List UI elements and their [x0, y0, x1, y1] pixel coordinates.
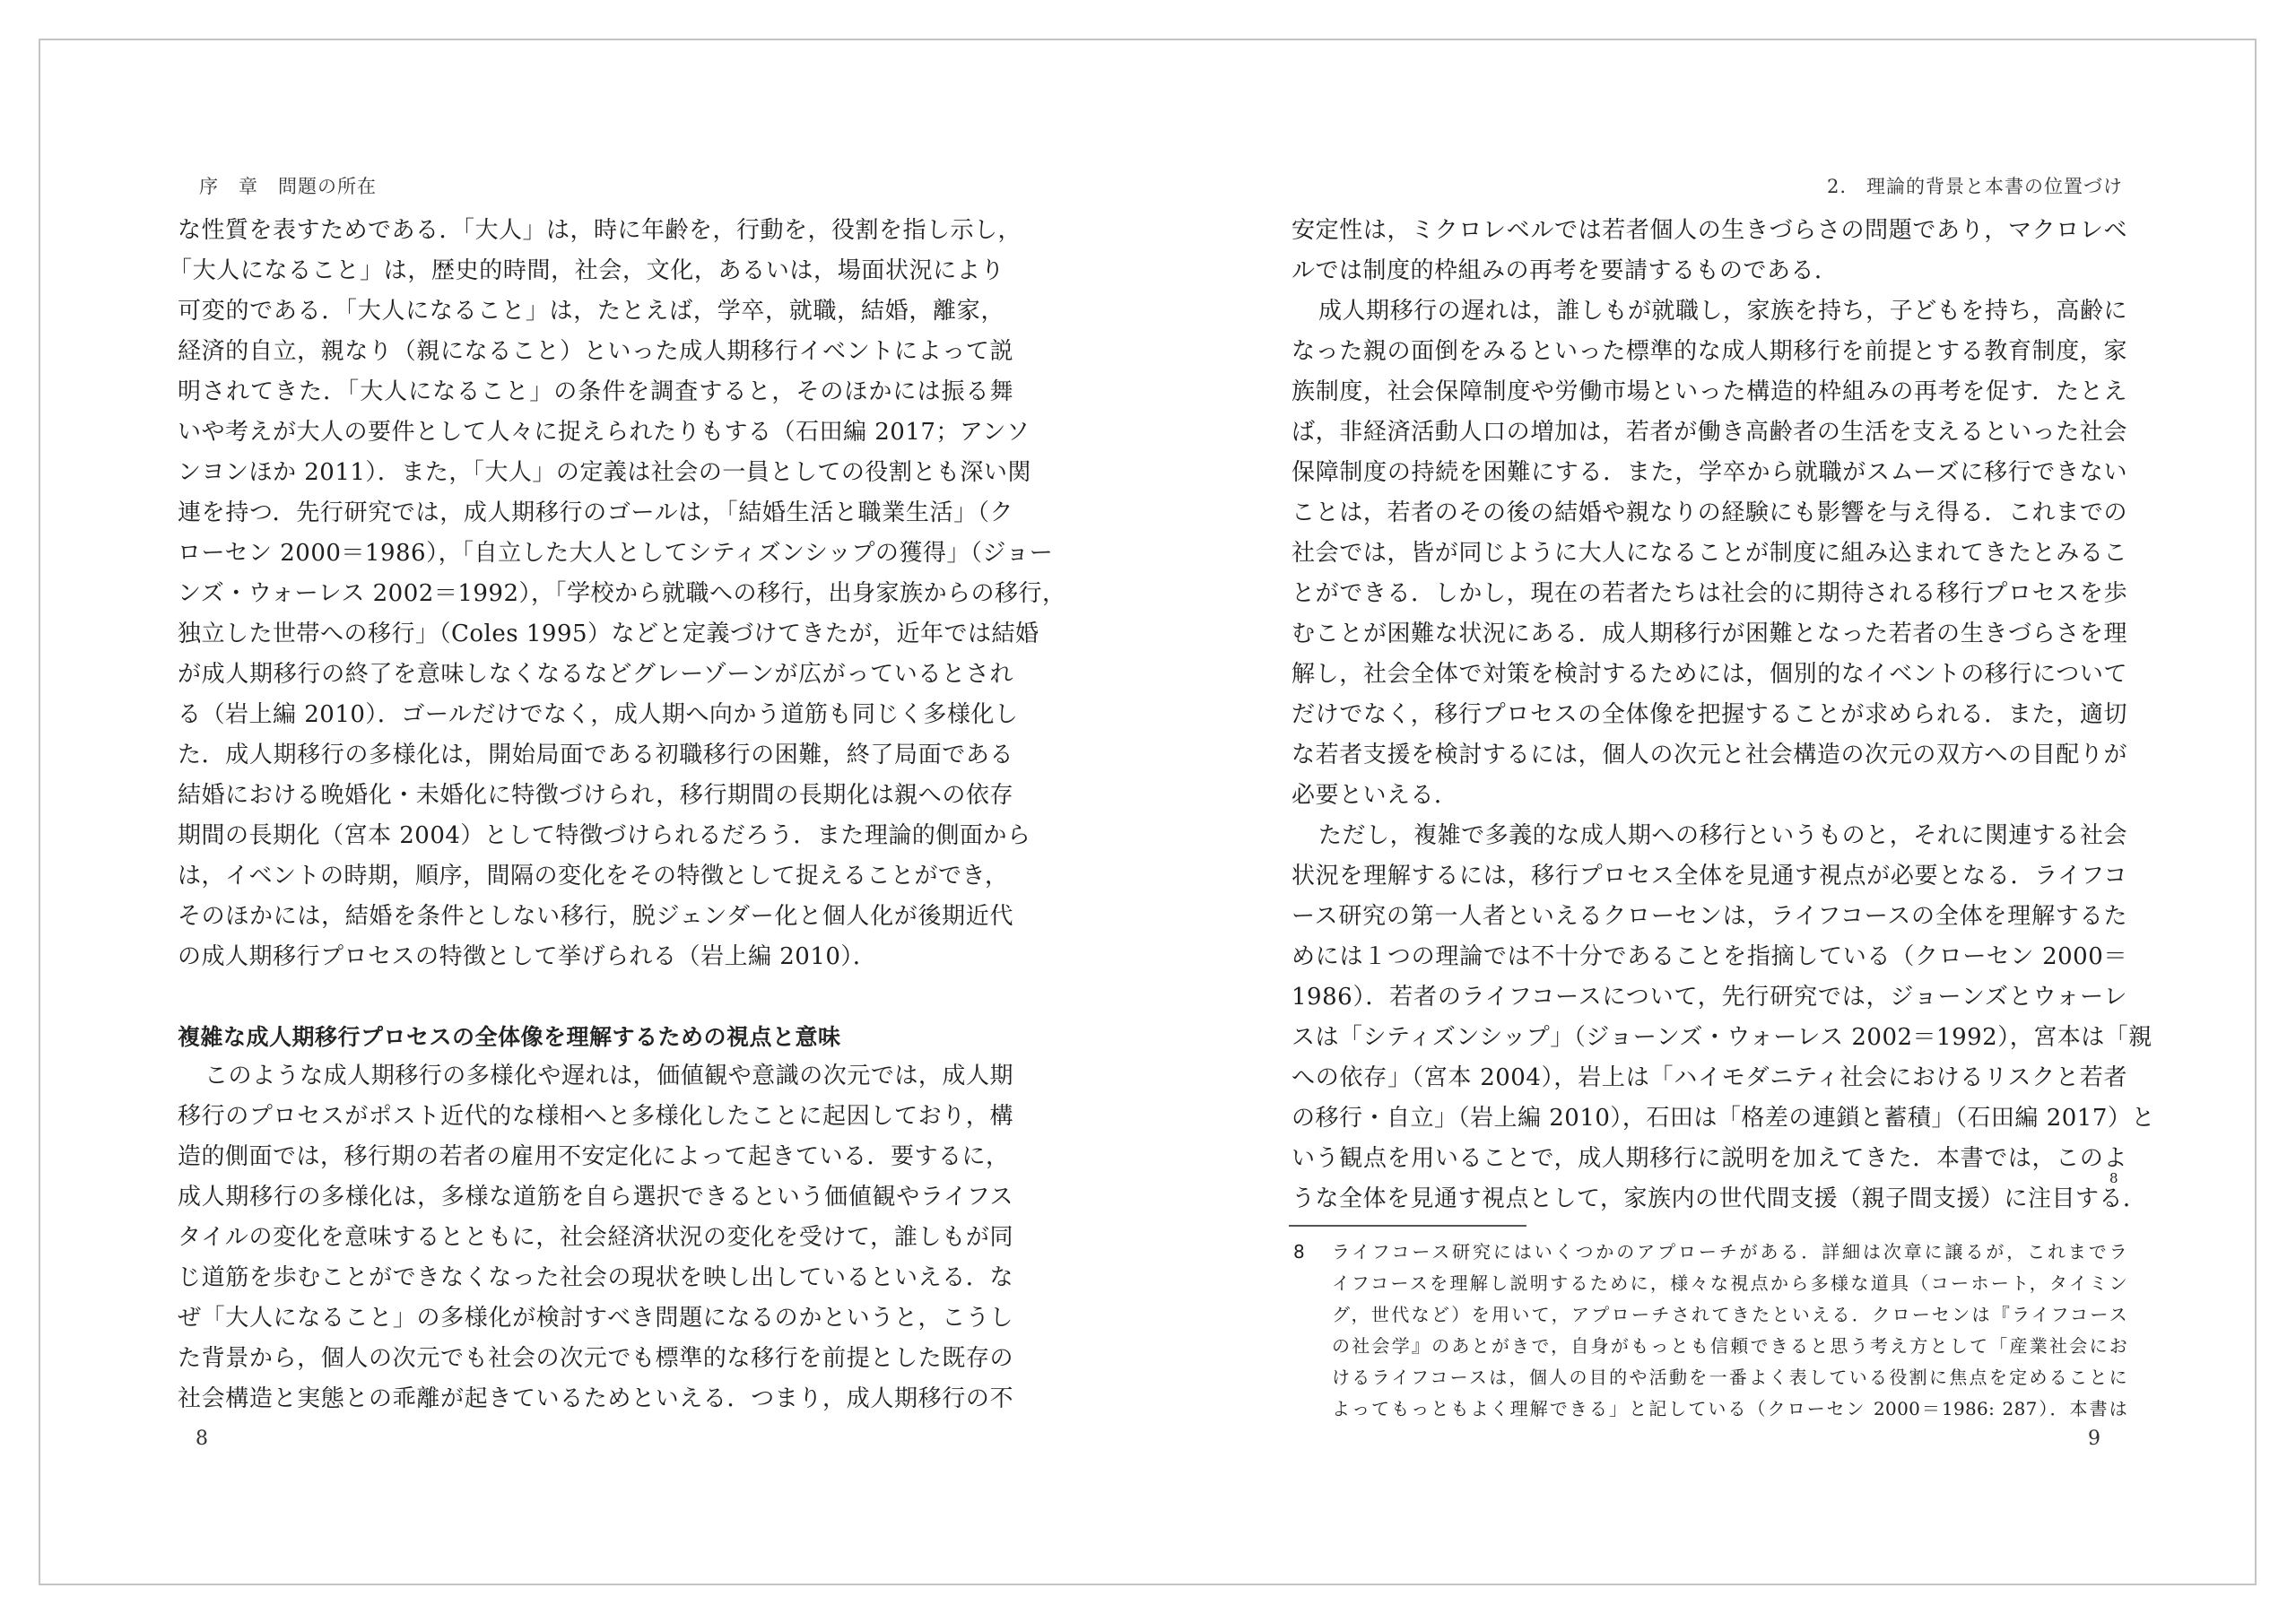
text-line: ただし，複雑で多義的な成人期への移行というものと，それに関連する社会: [1318, 818, 2127, 854]
text-line: ンヨンほか 2011）．また，「大人」の定義は社会の一員としての役割とも深い関: [178, 455, 1013, 490]
text-line: 1986）．若者のライフコースについて，先行研究では，ジョーンズとウォーレ: [1291, 979, 2127, 1015]
text-line: ぜ「大人になること」の多様化が検討すべき問題になるのかというと，こうし: [178, 1300, 1013, 1336]
text-line: そのほかには，結婚を条件としない移行，脱ジェンダー化と個人化が後期近代: [178, 898, 1013, 934]
left-running-head: 序 章 問題の所在: [199, 172, 377, 199]
text-line: ことは，若者のその後の結婚や親なりの経験にも影響を与え得る．これまでの: [1291, 495, 2127, 531]
text-line: 連を持つ．先行研究では，成人期移行のゴールは，「結婚生活と職業生活」（ク: [178, 495, 1013, 531]
text-line: 可変的である．「大人になること」は，たとえば，学卒，就職，結婚，離家，: [178, 293, 1004, 329]
footnote-reference-marker[interactable]: 8: [2109, 1171, 2118, 1185]
text-line: 造的側面では，移行期の若者の雇用不安定化によって起きている．要するに，: [178, 1139, 1004, 1175]
text-line: 族制度，社会保障制度や労働市場といった構造的枠組みの再考を促す．たとえ: [1291, 374, 2127, 410]
text-line: は，イベントの時期，順序，間隔の変化をその特徴として捉えることができ，: [178, 858, 1004, 894]
footnote-line: グ，世代など）を用いて，アプローチされてきたといえる．クローセンは『ライフコース: [1332, 1300, 2127, 1329]
text-line: 経済的自立，親なり（親になること）といった成人期移行イベントによって説: [178, 334, 1013, 369]
text-line: 状況を理解するには，移行プロセス全体を見通す視点が必要となる．ライフコ: [1291, 858, 2127, 894]
text-line: とができる．しかし，現在の若者たちは社会的に期待される移行プロセスを歩: [1291, 576, 2127, 612]
text-line: 結婚における晩婚化・未婚化に特徴づけられ，移行期間の長期化は親への依存: [178, 777, 1013, 813]
text-line: 保障制度の持続を困難にする．また，学卒から就職がスムーズに移行できない: [1291, 455, 2127, 490]
text-line: な若者支援を検討するには，個人の次元と社会構造の次元の双方への目配りが: [1291, 737, 2127, 773]
text-line: な性質を表すためである．「大人」は，時に年齢を，行動を，役割を指し示し，: [178, 213, 1013, 248]
text-line: ローセン 2000＝1986），「自立した大人としてシティズンシップの獲得」（ジ…: [178, 535, 1013, 571]
footnote-line: の社会学』のあとがきで，自身がもっとも信頼できると思う考え方として「産業社会にお: [1332, 1332, 2127, 1360]
text-line: ルでは制度的枠組みの再考を要請するものである．: [1291, 253, 2127, 289]
text-line: 明されてきた．「大人になること」の条件を調査すると，そのほかには振る舞: [178, 374, 1013, 410]
text-line: 移行のプロセスがポスト近代的な様相へと多様化したことに起因しており，構: [178, 1098, 1013, 1134]
text-line: 必要といえる．: [1291, 777, 2127, 813]
text-line: ース研究の第一人者といえるクローセンは，ライフコースの全体を理解するた: [1291, 898, 2127, 934]
text-line: た背景から，個人の次元でも社会の次元でも標準的な移行を前提とした既存の: [178, 1341, 1013, 1376]
footnote-line: けるライフコースは，個人の目的や活動を一番よく表している役割に焦点を定めることに: [1332, 1363, 2127, 1392]
footnote-line: イフコースを理解し説明するために，様々な視点から多様な道具（コーホート，タイミン: [1332, 1269, 2127, 1298]
text-line: タイルの変化を意味するとともに，社会経済状況の変化を受けて，誰しもが同: [178, 1219, 1013, 1255]
footnote-line: よってもっともよく理解できる」と記している（クローセン 2000＝1986: 2…: [1332, 1394, 2127, 1423]
text-line: への依存」（宮本 2004），岩上は「ハイモダニティ社会におけるリスクと若者: [1291, 1060, 2127, 1096]
text-line: 「大人になること」は，歴史的時間，社会，文化，あるいは，場面状況により: [169, 253, 1004, 289]
text-line: た．成人期移行の多様化は，開始局面である初職移行の困難，終了局面である: [178, 737, 1013, 773]
text-line: の成人期移行プロセスの特徴として挙げられる（岩上編 2010）．: [178, 939, 1013, 975]
right-running-head: 2. 理論的背景と本書の位置づけ: [1827, 172, 2123, 199]
text-line: 成人期移行の遅れは，誰しもが就職し，家族を持ち，子どもを持ち，高齢に: [1318, 293, 2127, 329]
page-number-left: 8: [196, 1428, 208, 1450]
text-line: いや考えが大人の要件として人々に捉えられたりもする（石田編 2017；アンソ: [178, 414, 1013, 450]
text-line: むことが困難な状況にある．成人期移行が困難となった若者の生きづらさを理: [1291, 616, 2127, 652]
text-line: なった親の面倒をみるといった標準的な成人期移行を前提とする教育制度，家: [1291, 334, 2127, 369]
text-line: 安定性は，ミクロレベルでは若者個人の生きづらさの問題であり，マクロレベ: [1291, 213, 2127, 248]
text-line: 期間の長期化（宮本 2004）として特徴づけられるだろう．また理論的側面から: [178, 818, 1013, 854]
text-line: じ道筋を歩むことができなくなった社会の現状を映し出しているといえる．な: [178, 1260, 1013, 1296]
text-line: の移行・自立」（岩上編 2010），石田は「格差の連鎖と蓄積」（石田編 2017…: [1291, 1100, 2127, 1136]
footnote-line: ライフコース研究にはいくつかのアプローチがある．詳細は次章に譲るが，これまでラ: [1332, 1237, 2127, 1266]
text-line: 独立した世帯への移行」（Coles 1995）などと定義づけてきたが，近年では結…: [178, 616, 1013, 652]
text-line: る（岩上編 2010）．ゴールだけでなく，成人期へ向かう道筋も同じく多様化し: [178, 697, 1013, 733]
text-line: うな全体を見通す視点として，家族内の世代間支援（親子間支援）に注目する．: [1291, 1181, 2127, 1217]
text-line: だけでなく，移行プロセスの全体像を把握することが求められる．また，適切: [1291, 697, 2127, 733]
text-line: 成人期移行の多様化は，多様な道筋を自ら選択できるという価値観やライフス: [178, 1179, 1013, 1215]
text-line: このような成人期移行の多様化や遅れは，価値観や意識の次元では，成人期: [204, 1058, 1013, 1094]
section-heading: 複雑な成人期移行プロセスの全体像を理解するための視点と意味: [178, 1020, 841, 1055]
text-line: ば，非経済活動人口の増加は，若者が働き高齢者の生活を支えるといった社会: [1291, 414, 2127, 450]
footnote-rule: [1289, 1225, 1526, 1227]
text-line: いう観点を用いることで，成人期移行に説明を加えてきた．本書では，このよ: [1291, 1141, 2127, 1176]
footnote-number: 8: [1293, 1237, 1305, 1266]
text-line: 社会では，皆が同じように大人になることが制度に組み込まれてきたとみるこ: [1291, 535, 2127, 571]
text-line: めには１つの理論では不十分であることを指摘している（クローセン 2000＝: [1291, 939, 2127, 975]
text-line: 解し，社会全体で対策を検討するためには，個別的なイベントの移行について: [1291, 656, 2127, 692]
text-line: ンズ・ウォーレス 2002＝1992），「学校から就職への移行，出身家族からの移…: [178, 576, 1017, 612]
text-line: スは「シティズンシップ」（ジョーンズ・ウォーレス 2002＝1992），宮本は「…: [1291, 1020, 2127, 1055]
text-line: が成人期移行の終了を意味しなくなるなどグレーゾーンが広がっているとされ: [178, 656, 1013, 692]
text-line: 社会構造と実態との乖離が起きているためといえる．つまり，成人期移行の不: [178, 1381, 1013, 1417]
page-number-right: 9: [2088, 1428, 2100, 1450]
